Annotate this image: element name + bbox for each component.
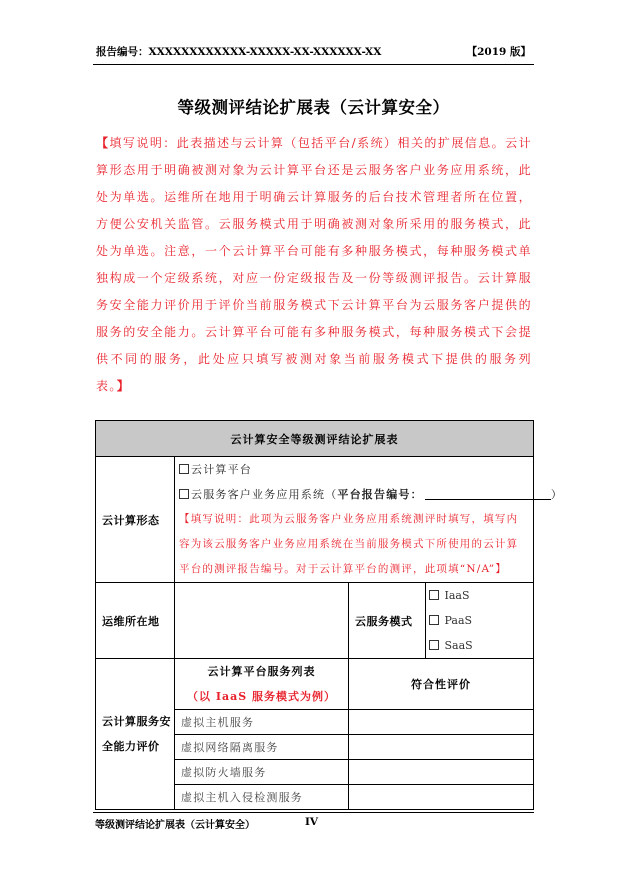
option-label: IaaS [445, 589, 470, 602]
compliance-field[interactable] [349, 760, 534, 785]
option-cloud-platform[interactable]: 云计算平台 [175, 457, 533, 482]
service-list-title: 云计算平台服务列表 [175, 659, 348, 684]
ops-location-field[interactable] [175, 583, 349, 659]
cloud-form-cell: 云计算平台 云服务客户业务应用系统（平台报告编号：） 【填写说明：此项为云服务客… [175, 457, 534, 583]
service-row-name: 虚拟网络隔离服务 [175, 735, 349, 760]
instructions-text: 填写说明：此表描述与云计算（包括平台/系统）相关的扩展信息。云计算形态用于明确被… [96, 136, 532, 393]
compliance-field[interactable] [349, 710, 534, 735]
option-label: 云服务客户业务应用系统（ [191, 488, 337, 501]
compliance-field[interactable] [349, 735, 534, 760]
option-iaas[interactable]: IaaS [426, 583, 533, 608]
header-divider [93, 64, 534, 65]
option-label: SaaS [445, 639, 473, 652]
footer-divider [93, 812, 534, 813]
option-paas[interactable]: PaaS [426, 608, 533, 633]
report-number: 报告编号：XXXXXXXXXXXX-XXXXX-XX-XXXXXX-XX [96, 44, 381, 59]
option-customer-app-system[interactable]: 云服务客户业务应用系统（平台报告编号：） [175, 482, 533, 507]
service-row-name: 虚拟防火墙服务 [175, 760, 349, 785]
capability-label: 云计算服务安全能力评价 [96, 659, 175, 810]
cloud-security-extension-table: 云计算安全等级测评结论扩展表 云计算形态 云计算平台 云服务客户业务应用系统（平… [95, 420, 534, 810]
service-mode-options: IaaS PaaS SaaS [426, 583, 534, 659]
cloud-form-label: 云计算形态 [96, 457, 175, 583]
compliance-field[interactable] [349, 785, 534, 810]
cloud-form-note: 【填写说明：此项为云服务客户业务应用系统测评时填写，填写内容为该云服务客户业务应… [175, 507, 533, 582]
checkbox-icon[interactable] [429, 640, 439, 650]
page-number: IV [305, 816, 318, 828]
option-label: 云计算平台 [191, 463, 252, 476]
checkbox-icon[interactable] [179, 489, 189, 499]
checkbox-icon[interactable] [429, 590, 439, 600]
service-mode-label: 云服务模式 [349, 583, 426, 659]
service-list-example: （以 IaaS 服务模式为例） [175, 684, 348, 709]
checkbox-icon[interactable] [429, 615, 439, 625]
option-saas[interactable]: SaaS [426, 633, 533, 658]
edition-label: 【2019 版】 [467, 44, 531, 59]
close-paren: ） [551, 488, 563, 501]
service-row-name: 虚拟主机入侵检测服务 [175, 785, 349, 810]
compliance-header: 符合性评价 [349, 659, 534, 710]
table-caption: 云计算安全等级测评结论扩展表 [96, 421, 534, 457]
instructions-open-bracket: 【 [96, 136, 109, 150]
footer-doc-name: 等级测评结论扩展表（云计算安全） [95, 816, 255, 831]
instructions-note: 【填写说明：此表描述与云计算（包括平台/系统）相关的扩展信息。云计算形态用于明确… [96, 130, 532, 400]
ops-location-label: 运维所在地 [96, 583, 175, 659]
service-list-header: 云计算平台服务列表 （以 IaaS 服务模式为例） [175, 659, 349, 710]
instructions-close-bracket: 】 [117, 379, 130, 393]
platform-report-label: 平台报告编号： [337, 488, 422, 501]
checkbox-icon[interactable] [179, 464, 189, 474]
page-title: 等级测评结论扩展表（云计算安全） [0, 94, 627, 118]
option-label: PaaS [445, 614, 473, 627]
platform-report-number-field[interactable] [425, 489, 551, 500]
service-row-name: 虚拟主机服务 [175, 710, 349, 735]
